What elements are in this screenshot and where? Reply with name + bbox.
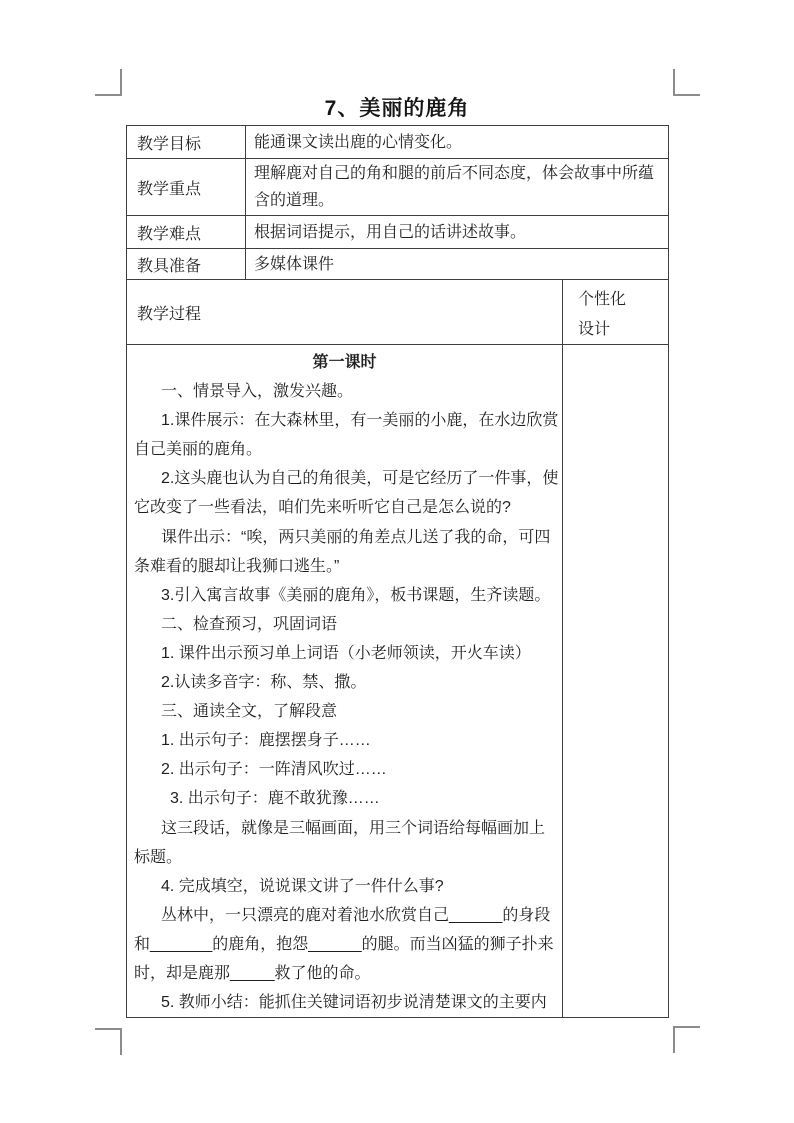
page-title: 7、美丽的鹿角 [0, 92, 794, 122]
row-value-teaching-objective: 能通课文读出鹿的心情变化。 [245, 125, 669, 159]
lesson-line: 2.认读多音字：称、禁、撒。 [127, 668, 562, 697]
lesson-line: 和_______的鹿角，抱怨______的腿。而当凶猛的狮子扑来 [127, 930, 562, 959]
lesson-line: 2. 出示句子：一阵清风吹过…… [127, 755, 562, 784]
lesson-line: 3.引入寓言故事《美丽的鹿角》，板书课题，生齐读题。 [127, 581, 562, 610]
side-column-header-line1: 个性化 [578, 285, 668, 315]
row-label-teaching-difficulty: 教学难点 [126, 215, 246, 249]
lesson-plan-table: 教学目标 能通课文读出鹿的心情变化。 教学重点 理解鹿对自己的角和腿的前后不同态… [126, 125, 669, 1018]
lesson-line: 3. 出示句子：鹿不敢犹豫…… [127, 784, 562, 813]
crop-mark-bottom-left [95, 1028, 122, 1055]
row-label-teaching-process: 教学过程 [126, 279, 563, 345]
crop-mark-bottom-right [673, 1026, 700, 1053]
lesson-line: 它改变了一些看法，咱们先来听听它自己是怎么说的? [127, 493, 562, 522]
lesson-line: 条难看的腿却让我狮口逃生。” [127, 552, 562, 581]
row-value-teaching-key-point: 理解鹿对自己的角和腿的前后不同态度，体会故事中所蕴含的道理。 [245, 158, 669, 216]
lesson-line: 标题。 [127, 843, 562, 872]
row-label-teaching-objective: 教学目标 [126, 125, 246, 159]
lesson-line: 时，却是鹿那_____救了他的命。 [127, 959, 562, 988]
row-label-teaching-key-point: 教学重点 [126, 158, 246, 216]
lesson-line: 1. 课件出示预习单上词语（小老师领读，开火车读） [127, 639, 562, 668]
side-column-header-line2: 设计 [578, 315, 668, 345]
lesson-line: 丛林中，一只漂亮的鹿对着池水欣赏自己______的身段 [127, 901, 562, 930]
lesson-line: 课件出示：“唉，两只美丽的角差点儿送了我的命，可四 [127, 523, 562, 552]
lesson-line: 三、通读全文，了解段意 [127, 697, 562, 726]
side-column-header: 个性化 设计 [562, 279, 669, 345]
lesson-session-heading: 第一课时 [127, 348, 562, 377]
lesson-line: 自己美丽的鹿角。 [127, 435, 562, 464]
lesson-line: 1. 出示句子：鹿摆摆身子…… [127, 726, 562, 755]
lesson-line: 4. 完成填空，说说课文讲了一件什么事? [127, 872, 562, 901]
lesson-line: 5. 教师小结：能抓住关键词语初步说清楚课文的主要内 [127, 988, 562, 1017]
side-column-empty-cell [562, 344, 669, 1018]
row-value-teaching-aids: 多媒体课件 [245, 248, 669, 280]
lesson-content-cell: 第一课时 一、情景导入，激发兴趣。 1.课件展示：在大森林里，有一美丽的小鹿，在… [126, 344, 563, 1018]
lesson-line: 2.这头鹿也认为自己的角很美，可是它经历了一件事，使 [127, 464, 562, 493]
row-value-teaching-difficulty: 根据词语提示，用自己的话讲述故事。 [245, 215, 669, 249]
row-label-teaching-aids: 教具准备 [126, 248, 246, 280]
lesson-line: 一、情景导入，激发兴趣。 [127, 377, 562, 406]
lesson-line: 1.课件展示：在大森林里，有一美丽的小鹿，在水边欣赏 [127, 406, 562, 435]
lesson-line: 这三段话，就像是三幅画面，用三个词语给每幅画加上 [127, 814, 562, 843]
lesson-line: 二、检查预习，巩固词语 [127, 610, 562, 639]
document-page: 7、美丽的鹿角 教学目标 能通课文读出鹿的心情变化。 教学重点 理解鹿对自己的角… [0, 0, 794, 1123]
